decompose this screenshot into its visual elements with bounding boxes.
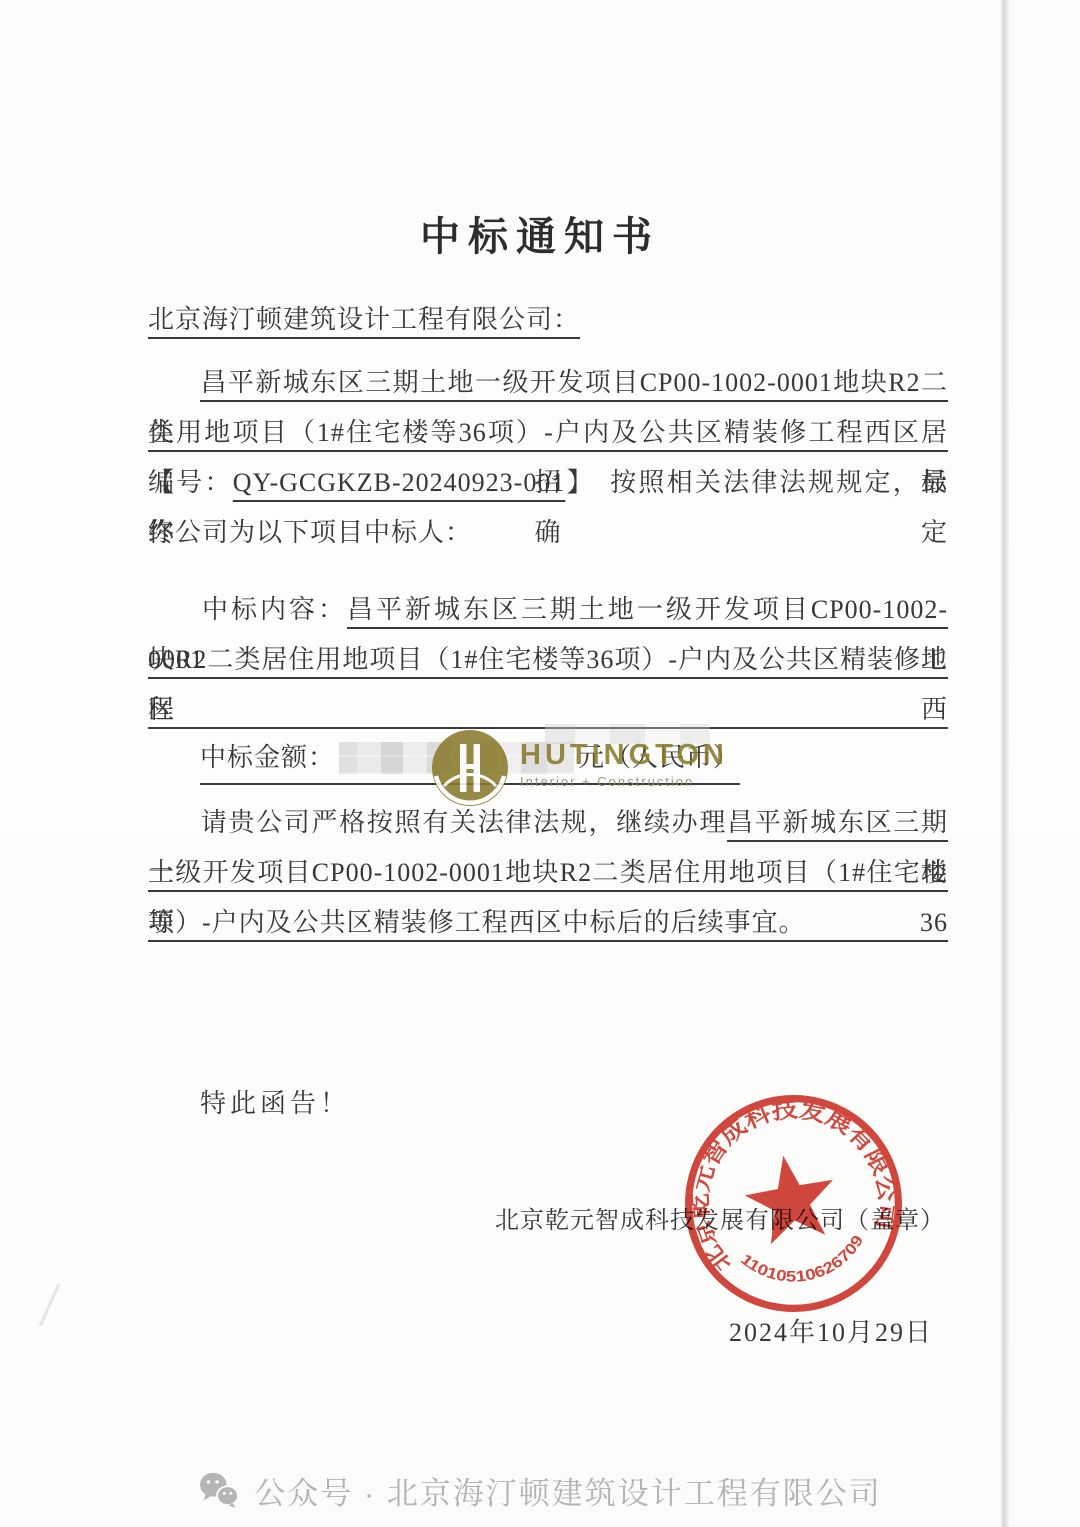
watermark-brand: HUTINGTON [520, 740, 728, 770]
paragraph3-line1: 请贵公司严格按照有关法律法规，继续办理昌平新城东区三期土地 [148, 798, 948, 848]
paragraph3-line3: 项）-户内及公共区精装修工程西区中标后的后续事宜。 [148, 898, 948, 948]
project-name-text: 区 [148, 695, 175, 724]
award-content-label: 中标内容： [200, 595, 347, 624]
watermark-tagline: Interior + Construction [520, 774, 728, 789]
paragraph2-line1: 中标内容：昌平新城东区三期土地一级开发项目CP00-1002-0001地 [148, 585, 948, 635]
addressee-line: 北京海汀顿建筑设计工程有限公司： [148, 295, 948, 345]
paragraph1-line3: 编号：QY-GCGKZB-20240923-001】 按照相关法律法规规定，最终… [148, 458, 948, 508]
document-title: 中标通知书 [0, 205, 1080, 262]
watermark-text: HUTINGTON Interior + Construction [520, 728, 728, 789]
paragraph1-line1: 昌平新城东区三期土地一级开发项目CP00-1002-0001地块R2二类居 [148, 358, 948, 408]
page-edge-scan-line [1000, 0, 1010, 1527]
addressee-text: 北京海汀顿建筑设计工程有限公司： [148, 305, 580, 334]
watermark: HUTINGTON Interior + Construction [430, 728, 728, 808]
seal-star-icon [739, 1148, 842, 1247]
first-line-indent [148, 617, 200, 618]
paper-crease-mark [39, 1283, 60, 1326]
plain-text: 请贵公司严格按照有关法律法规，继续办理 [200, 808, 727, 837]
plain-text: 编号： [148, 468, 233, 497]
footer-account-text: 公众号 · 北京海汀顿建筑设计工程有限公司 [254, 1468, 882, 1513]
hutington-logo-icon [430, 728, 510, 808]
footer: 公众号 · 北京海汀顿建筑设计工程有限公司 [0, 1460, 1080, 1520]
closing-statement: 特此函告！ [200, 1083, 350, 1120]
bid-number-text: QY-GCGKZB-20240923-001 [233, 468, 566, 497]
company-seal: 北京乾元智成科技发展有限公司 11010510626709 [657, 1067, 929, 1339]
paragraph1-line4: 你公司为以下项目中标人： [148, 508, 948, 558]
first-line-indent [148, 830, 200, 831]
plain-text: 你公司为以下项目中标人： [148, 518, 472, 547]
company-seal-stamp-icon: 北京乾元智成科技发展有限公司 11010510626709 [657, 1067, 929, 1339]
project-name-text: 住用地项目（1#住宅楼等36项）-户内及公共区精装修工程西区 [148, 418, 921, 447]
paragraph3-line2: 一级开发项目CP00-1002-0001地块R2二类居住用地项目（1#住宅楼等3… [148, 848, 948, 898]
wechat-icon [198, 1471, 240, 1509]
document-date: 2024年10月29日 [729, 1312, 933, 1349]
paragraph1-line2: 住用地项目（1#住宅楼等36项）-户内及公共区精装修工程西区 【招标 [148, 408, 948, 458]
paragraph2-line2: 块R2二类居住用地项目（1#住宅楼等36项）-户内及公共区精装修工程西 [148, 635, 948, 685]
first-line-indent [148, 390, 200, 391]
project-name-text: 项）-户内及公共区精装修工程西区 [148, 908, 563, 937]
award-amount-label: 中标金额： [200, 743, 335, 772]
plain-text: 中标后的后续事宜。 [563, 908, 806, 937]
scanned-document-page: 中标通知书 北京海汀顿建筑设计工程有限公司： 昌平新城东区三期土地一级开发项目C… [0, 0, 1080, 1527]
first-line-indent [148, 765, 200, 766]
